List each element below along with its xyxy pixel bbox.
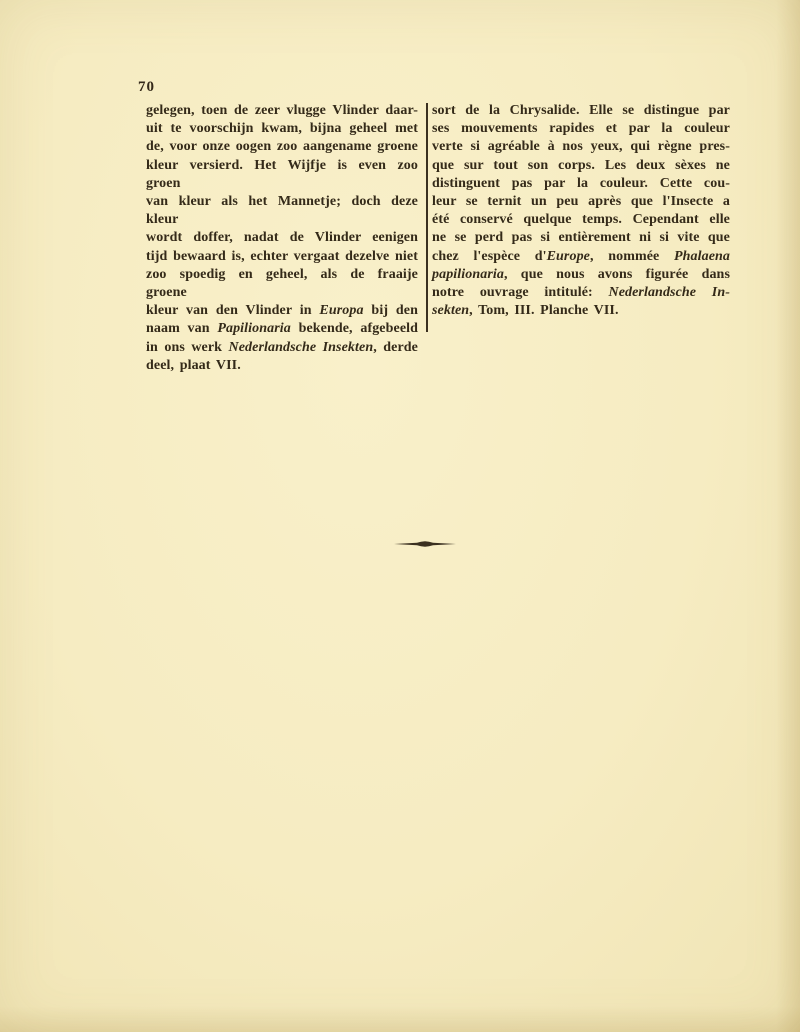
section-separator-ornament xyxy=(394,541,456,547)
text-line: de, voor onze oogen zoo aangename groene xyxy=(146,138,418,156)
text-line: van kleur als het Mannetje; doch deze kl… xyxy=(146,193,418,229)
scanned-book-page: 70 gelegen, toen de zeer vlugge Vlinder … xyxy=(0,0,800,1032)
page-number: 70 xyxy=(138,79,155,96)
text-line: été conservé quelque temps. Cependant el… xyxy=(432,211,730,229)
text-line: sort de la Chrysalide. Elle se distingue… xyxy=(432,102,730,120)
text-line: verte si agréable à nos yeux, qui règne … xyxy=(432,138,730,156)
right-column-french-text: sort de la Chrysalide. Elle se distingue… xyxy=(432,102,730,320)
text-line: wordt doffer, nadat de Vlinder eenigen xyxy=(146,229,418,247)
text-line: in ons werk Nederlandsche Insekten, derd… xyxy=(146,339,418,357)
text-line: kleur versierd. Het Wijfje is even zoo g… xyxy=(146,157,418,193)
text-line: tijd bewaard is, echter vergaat dezelve … xyxy=(146,248,418,266)
text-line: deel, plaat VII. xyxy=(146,357,418,375)
text-line: ses mouvements rapides et par la couleur xyxy=(432,120,730,138)
text-line: leur se ternit un peu après que l'Insect… xyxy=(432,193,730,211)
left-column-dutch-text: gelegen, toen de zeer vlugge Vlinder daa… xyxy=(146,102,418,375)
text-line: kleur van den Vlinder in Europa bij den xyxy=(146,302,418,320)
text-line: sekten, Tom, III. Planche VII. xyxy=(432,302,730,320)
text-line: papilionaria, que nous avons figurée dan… xyxy=(432,266,730,284)
text-line: distinguent pas par la couleur. Cette co… xyxy=(432,175,730,193)
text-line: notre ouvrage intitulé: Nederlandsche In… xyxy=(432,284,730,302)
text-line: naam van Papilionaria bekende, afgebeeld xyxy=(146,320,418,338)
text-line: gelegen, toen de zeer vlugge Vlinder daa… xyxy=(146,102,418,120)
text-line: zoo spoedig en geheel, als de fraaije gr… xyxy=(146,266,418,302)
text-line: chez l'espèce d'Europe, nommée Phalaena xyxy=(432,248,730,266)
text-line: ne se perd pas si entièrement ni si vite… xyxy=(432,229,730,247)
column-divider-rule xyxy=(426,103,428,332)
text-line: que sur tout son corps. Les deux sèxes n… xyxy=(432,157,730,175)
text-line: uit te voorschijn kwam, bijna geheel met xyxy=(146,120,418,138)
